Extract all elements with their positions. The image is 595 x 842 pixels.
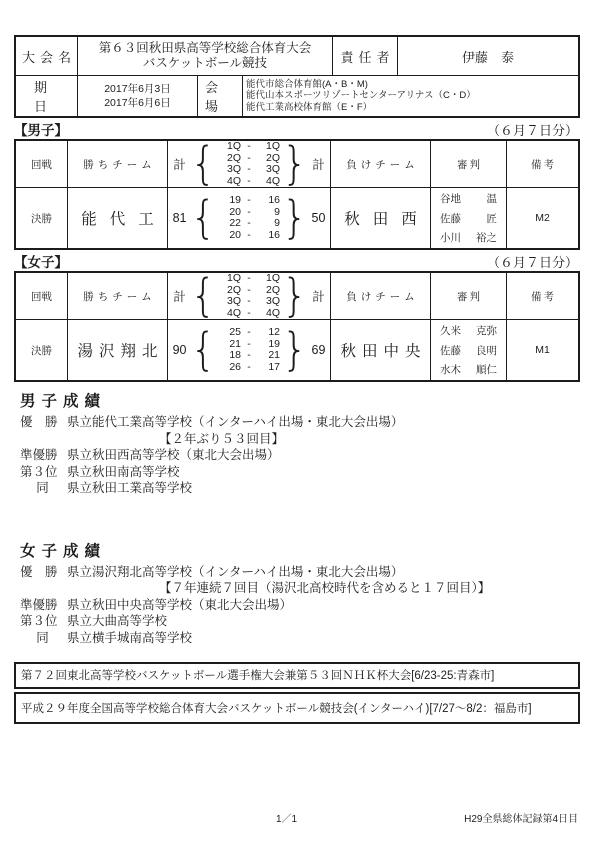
col-referee: 審判 bbox=[455, 289, 482, 304]
dash-icon: - bbox=[241, 350, 257, 362]
venue-list: 能代市総合体育館(A・B・M) 能代山本スポーツリゾートセンターアリナス（C・D… bbox=[242, 76, 578, 116]
women-match-table: 回戦 勝ちチーム 計 { 1Q-1Q 2Q-2Q 3Q-3Q 4Q-4Q } 計… bbox=[14, 271, 580, 382]
third-school-2: 県立横手城南高等学校 bbox=[67, 630, 192, 647]
brace-open-icon: { bbox=[191, 196, 216, 241]
meet-name-label: 大会名 bbox=[17, 47, 76, 66]
women-section-head: 【女子】 （６月７日分） bbox=[14, 253, 580, 271]
rank-label: 第３位 bbox=[20, 613, 65, 630]
meet-info-table: 大会名 第６３回秋田県高等学校総合体育大会 バスケットボール競技 責任者 伊藤 … bbox=[14, 35, 580, 118]
men-score-header: 計 { 1Q-1Q 2Q-2Q 3Q-3Q 4Q-4Q } 計 bbox=[171, 141, 328, 187]
men-score-detail: 81 { 19-16 20-9 22-9 20-16 } 50 bbox=[171, 195, 328, 241]
document-page: 大会名 第６３回秋田県高等学校総合体育大会 バスケットボール競技 責任者 伊藤 … bbox=[0, 0, 595, 842]
dash-icon: - bbox=[241, 296, 257, 308]
dash-icon: - bbox=[241, 195, 257, 207]
dash-icon: - bbox=[241, 362, 257, 374]
brace-close-icon: } bbox=[282, 142, 307, 187]
third-school: 県立大曲高等学校 bbox=[67, 613, 167, 630]
meet-name: 第６３回秋田県高等学校総合体育大会 バスケットボール競技 bbox=[77, 37, 332, 75]
col-loser: 負けチーム bbox=[342, 157, 419, 172]
col-loser: 負けチーム bbox=[342, 289, 419, 304]
women-standings: 女子成績 優 勝県立湯沢翔北高等学校（インターハイ出場・東北大会出場） 【７年連… bbox=[14, 539, 580, 647]
women-table-header-row: 回戦 勝ちチーム 計 { 1Q-1Q 2Q-2Q 3Q-3Q 4Q-4Q } 計… bbox=[16, 273, 578, 319]
dash-icon: - bbox=[241, 164, 257, 176]
women-loser-total: 69 bbox=[309, 343, 327, 357]
men-remarks: M2 bbox=[535, 212, 550, 224]
venue-line1: 能代市総合体育館(A・B・M) bbox=[246, 79, 368, 91]
responsible-label: 責任者 bbox=[335, 47, 394, 66]
champion-school: 県立湯沢翔北高等学校（インターハイ出場・東北大会出場） bbox=[67, 564, 403, 581]
men-standings-heading: 男子成績 bbox=[14, 389, 580, 411]
meet-name-line2: バスケットボール競技 bbox=[143, 56, 267, 71]
rank-label: 第３位 bbox=[20, 464, 65, 481]
dash-icon: - bbox=[241, 218, 257, 230]
date-line1: 2017年6月3日 bbox=[104, 82, 171, 96]
women-standings-heading: 女子成績 bbox=[14, 539, 580, 561]
col-remarks: 備考 bbox=[529, 157, 556, 172]
notice-interhigh-tournament: 平成２９年度全国高等学校総合体育大会バスケットボール競技会(インターハイ)[7/… bbox=[14, 692, 580, 724]
brace-close-icon: } bbox=[282, 196, 307, 241]
col-remarks: 備考 bbox=[529, 289, 556, 304]
rank-label: 優 勝 bbox=[20, 564, 65, 581]
dash-icon: - bbox=[241, 141, 257, 153]
upcoming-tournaments: 第７２回東北高等学校バスケットボール選手権大会兼第５３回ＮＨＫ杯大会[6/23-… bbox=[14, 662, 580, 724]
women-winner-total: 90 bbox=[171, 343, 189, 357]
runnerup-school: 県立秋田西高等学校（東北大会出場） bbox=[67, 447, 280, 464]
women-referees: 久米克弥 佐藤良明 水木順仁 bbox=[431, 323, 506, 377]
men-section-date: （６月７日分） bbox=[487, 120, 578, 139]
col-winner: 勝ちチーム bbox=[79, 289, 156, 304]
champion-note: 【７年連続７回目（湯沢北高校時代を含めると１７回目）】 bbox=[14, 580, 580, 597]
women-score-header: 計 { 1Q-1Q 2Q-2Q 3Q-3Q 4Q-4Q } 計 bbox=[171, 273, 328, 319]
men-loser-team: 秋田西 bbox=[331, 207, 430, 229]
date-label: 期日 bbox=[16, 77, 77, 115]
col-referee: 審判 bbox=[455, 157, 482, 172]
rank-label: 優 勝 bbox=[20, 414, 65, 431]
women-winner-team: 湯沢翔北 bbox=[71, 339, 163, 361]
dash-icon: - bbox=[241, 230, 257, 242]
men-referees: 谷地温 佐藤匠 小川裕之 bbox=[431, 191, 506, 245]
women-remarks: M1 bbox=[535, 344, 550, 356]
venue-line2: 能代山本スポーツリゾートセンターアリナス（C・D） bbox=[246, 90, 476, 102]
meet-dates: 2017年6月3日 2017年6月6日 bbox=[77, 76, 197, 116]
col-winner: 勝ちチーム bbox=[79, 157, 156, 172]
col-total-left: 計 bbox=[171, 287, 189, 305]
responsible-name: 伊藤 泰 bbox=[397, 37, 578, 75]
men-section-title: 【男子】 bbox=[14, 119, 68, 139]
men-winner-team: 能代工 bbox=[68, 207, 167, 229]
men-table-header-row: 回戦 勝ちチーム 計 { 1Q-1Q 2Q-2Q 3Q-3Q 4Q-4Q } 計… bbox=[16, 141, 578, 187]
brace-close-icon: } bbox=[282, 328, 307, 373]
men-match-table: 回戦 勝ちチーム 計 { 1Q-1Q 2Q-2Q 3Q-3Q 4Q-4Q } 計… bbox=[14, 139, 580, 250]
page-number: 1／1 bbox=[276, 810, 297, 825]
rank-label: 同 bbox=[20, 630, 65, 647]
rank-label: 同 bbox=[20, 480, 65, 497]
women-loser-team: 秋田中央 bbox=[334, 339, 426, 361]
women-round: 決勝 bbox=[31, 343, 52, 358]
col-total-right: 計 bbox=[309, 155, 327, 173]
venue-line3: 能代工業高校体育館（E・F） bbox=[246, 102, 372, 114]
women-score-detail: 90 { 25-12 21-19 18-21 26-17 } 69 bbox=[171, 327, 328, 373]
date-line2: 2017年6月6日 bbox=[104, 96, 171, 110]
third-school: 県立秋田南高等学校 bbox=[67, 464, 180, 481]
men-loser-total: 50 bbox=[309, 211, 327, 225]
rank-label: 準優勝 bbox=[20, 597, 65, 614]
brace-open-icon: { bbox=[191, 328, 216, 373]
third-school-2: 県立秋田工業高等学校 bbox=[67, 480, 192, 497]
brace-close-icon: } bbox=[282, 274, 307, 319]
col-round: 回戦 bbox=[31, 157, 52, 172]
dash-icon: - bbox=[241, 176, 257, 188]
women-final-row: 決勝 湯沢翔北 90 { 25-12 21-19 18-21 26-17 } 6… bbox=[16, 319, 578, 380]
men-standings: 男子成績 優 勝県立能代工業高等学校（インターハイ出場・東北大会出場） 【２年ぶ… bbox=[14, 389, 580, 497]
dash-icon: - bbox=[241, 308, 257, 320]
men-section-head: 【男子】 （６月７日分） bbox=[14, 121, 580, 139]
col-total-right: 計 bbox=[309, 287, 327, 305]
brace-open-icon: { bbox=[191, 274, 216, 319]
men-final-row: 決勝 能代工 81 { 19-16 20-9 22-9 20-16 } 50 秋… bbox=[16, 187, 578, 248]
women-section-title: 【女子】 bbox=[14, 251, 68, 271]
dash-icon: - bbox=[241, 327, 257, 339]
col-total-left: 計 bbox=[171, 155, 189, 173]
venue-label: 会場 bbox=[198, 77, 242, 115]
champion-school: 県立能代工業高等学校（インターハイ出場・東北大会出場） bbox=[67, 414, 403, 431]
brace-open-icon: { bbox=[191, 142, 216, 187]
rank-label: 準優勝 bbox=[20, 447, 65, 464]
footer-note: H29全県総体記録第4日目 bbox=[464, 810, 578, 825]
col-round: 回戦 bbox=[31, 289, 52, 304]
meet-name-line1: 第６３回秋田県高等学校総合体育大会 bbox=[99, 41, 312, 56]
notice-tohoku-tournament: 第７２回東北高等学校バスケットボール選手権大会兼第５３回ＮＨＫ杯大会[6/23-… bbox=[14, 662, 580, 689]
runnerup-school: 県立秋田中央高等学校（東北大会出場） bbox=[67, 597, 292, 614]
men-round: 決勝 bbox=[31, 211, 52, 226]
women-section-date: （６月７日分） bbox=[487, 252, 578, 271]
men-winner-total: 81 bbox=[171, 211, 189, 225]
champion-note: 【２年ぶり５３回目】 bbox=[14, 431, 580, 448]
dash-icon: - bbox=[241, 273, 257, 285]
